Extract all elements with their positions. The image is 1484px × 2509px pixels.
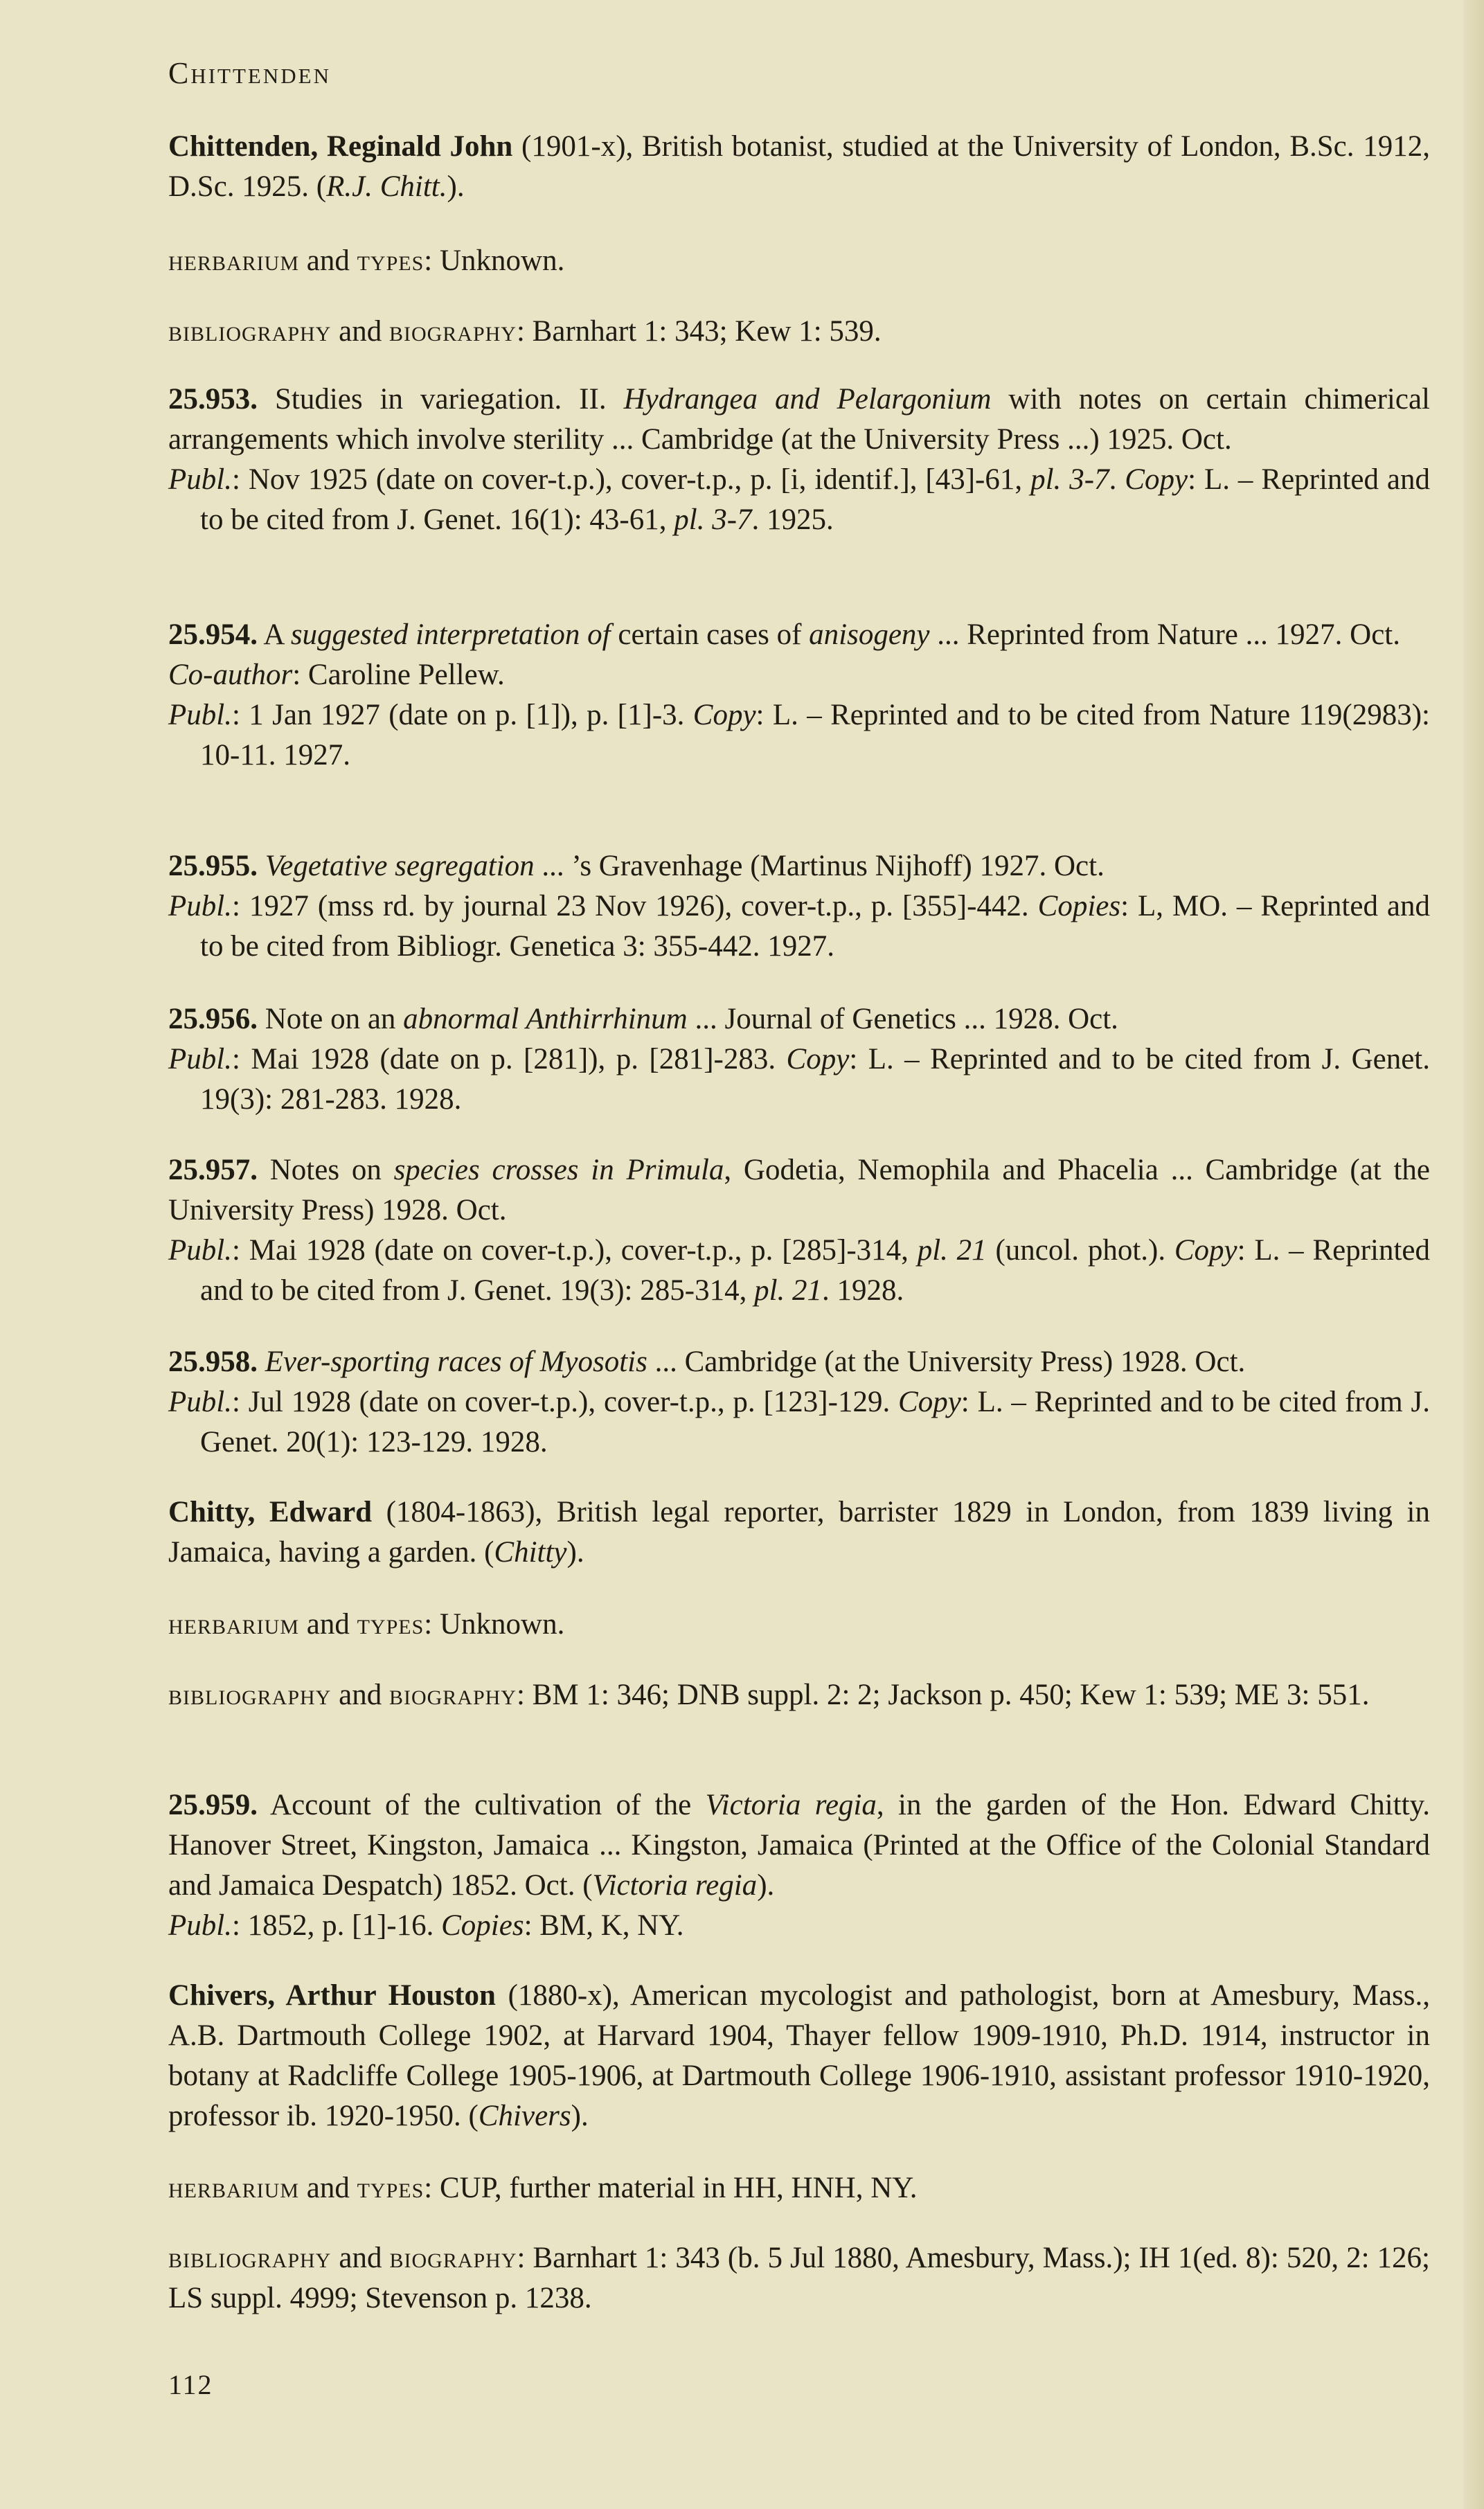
bibliography-line: bibliography and biography: Barnhart 1: … bbox=[168, 2238, 1430, 2319]
work-25953: 25.953. Studies in variegation. II. Hydr… bbox=[168, 380, 1430, 540]
herbarium-label: herbarium bbox=[168, 2172, 299, 2204]
and-text: and bbox=[299, 1608, 357, 1641]
types-label: types bbox=[357, 1608, 424, 1641]
work-publication: Publ.: 1 Jan 1927 (date on p. [1]), p. [… bbox=[168, 695, 1430, 776]
herbarium-text: : Unknown. bbox=[424, 1608, 564, 1641]
bibliography-text: : Barnhart 1: 343; Kew 1: 539. bbox=[517, 315, 882, 348]
author-bio-end: ). bbox=[571, 2100, 589, 2132]
work-number: 25.956. bbox=[168, 1003, 258, 1035]
work-publication: Publ.: 1927 (mss rd. by journal 23 Nov 1… bbox=[168, 886, 1430, 967]
work-25958: 25.958. Ever-sporting races of Myosotis … bbox=[168, 1342, 1430, 1463]
and-text: and bbox=[299, 2172, 357, 2204]
herbarium-text: : CUP, further material in HH, HNH, NY. bbox=[424, 2172, 917, 2204]
author-abbrev: Chivers bbox=[479, 2100, 571, 2132]
herbarium-label: herbarium bbox=[168, 244, 299, 277]
work-number: 25.955. bbox=[168, 850, 258, 882]
page-edge-shadow bbox=[1463, 0, 1484, 2509]
bibliography-text: : BM 1: 346; DNB suppl. 2: 2; Jackson p.… bbox=[517, 1679, 1369, 1711]
biography-label: biography bbox=[389, 315, 517, 348]
work-25956: 25.956. Note on an abnormal Anthirrhinum… bbox=[168, 999, 1430, 1120]
work-publication: Publ.: Mai 1928 (date on p. [281]), p. [… bbox=[168, 1039, 1430, 1120]
author-entry-chitty: Chitty, Edward (1804-1863), British lega… bbox=[168, 1492, 1430, 1573]
bibliography-line: bibliography and biography: Barnhart 1: … bbox=[168, 312, 1430, 352]
author-name: Chittenden, Reginald John bbox=[168, 130, 512, 163]
work-publication: Publ.: Mai 1928 (date on cover-t.p.), co… bbox=[168, 1231, 1430, 1311]
herbarium-label: herbarium bbox=[168, 1608, 299, 1641]
bibliography-line: bibliography and biography: BM 1: 346; D… bbox=[168, 1675, 1430, 1715]
herbarium-line: herbarium and types: Unknown. bbox=[168, 241, 1430, 281]
author-entry-chittenden: Chittenden, Reginald John (1901-x), Brit… bbox=[168, 127, 1430, 207]
herbarium-text: : Unknown. bbox=[424, 244, 564, 277]
biography-label: biography bbox=[389, 1679, 517, 1711]
author-bio-end: ). bbox=[567, 1536, 584, 1569]
author-abbrev: Chitty bbox=[494, 1536, 566, 1569]
work-25954: 25.954. A suggested interpretation of ce… bbox=[168, 615, 1430, 776]
bibliography-label: bibliography bbox=[168, 315, 331, 348]
herbarium-line: herbarium and types: CUP, further materi… bbox=[168, 2168, 1430, 2208]
work-publication: Publ.: Nov 1925 (date on cover-t.p.), co… bbox=[168, 460, 1430, 540]
work-number: 25.958. bbox=[168, 1346, 258, 1378]
work-25957: 25.957. Notes on species crosses in Prim… bbox=[168, 1150, 1430, 1311]
work-coauthor: Co-author: Caroline Pellew. bbox=[168, 655, 1430, 695]
work-title: Studies in variegation. II. Hydrangea an… bbox=[168, 383, 1430, 456]
work-title: A suggested interpretation of certain ca… bbox=[258, 618, 1400, 651]
author-name: Chivers, Arthur Houston bbox=[168, 1979, 496, 2012]
work-25959: 25.959. Account of the cultivation of th… bbox=[168, 1785, 1430, 1946]
work-25955: 25.955. Vegetative segregation ... ’s Gr… bbox=[168, 846, 1430, 967]
bibliography-label: bibliography bbox=[168, 2242, 331, 2274]
work-number: 25.953. bbox=[168, 383, 258, 416]
and-text: and bbox=[331, 2242, 389, 2274]
author-entry-chivers: Chivers, Arthur Houston (1880-x), Americ… bbox=[168, 1976, 1430, 2136]
work-publication: Publ.: 1852, p. [1]-16. Copies: BM, K, N… bbox=[168, 1906, 1430, 1946]
and-text: and bbox=[331, 1679, 389, 1711]
author-abbrev: R.J. Chitt. bbox=[326, 170, 447, 203]
types-label: types bbox=[357, 2172, 424, 2204]
bibliography-label: bibliography bbox=[168, 1679, 331, 1711]
work-title: Notes on species crosses in Primula, God… bbox=[168, 1154, 1430, 1226]
work-title: Vegetative segregation ... ’s Gravenhage… bbox=[258, 850, 1105, 882]
page-number: 112 bbox=[168, 2368, 213, 2401]
work-title: Account of the cultivation of the Victor… bbox=[168, 1789, 1430, 1902]
types-label: types bbox=[357, 244, 424, 277]
and-text: and bbox=[299, 244, 357, 277]
herbarium-line: herbarium and types: Unknown. bbox=[168, 1605, 1430, 1645]
work-number: 25.954. bbox=[168, 618, 258, 651]
work-title: Note on an abnormal Anthirrhinum ... Jou… bbox=[258, 1003, 1118, 1035]
biography-label: biography bbox=[389, 2242, 517, 2274]
author-bio-end: ). bbox=[447, 170, 465, 203]
work-publication: Publ.: Jul 1928 (date on cover-t.p.), co… bbox=[168, 1382, 1430, 1463]
work-title: Ever-sporting races of Myosotis ... Camb… bbox=[258, 1346, 1245, 1378]
author-name: Chitty, Edward bbox=[168, 1496, 372, 1528]
running-head: Chittenden bbox=[168, 55, 331, 91]
work-number: 25.959. bbox=[168, 1789, 258, 1821]
work-number: 25.957. bbox=[168, 1154, 258, 1186]
and-text: and bbox=[331, 315, 389, 348]
